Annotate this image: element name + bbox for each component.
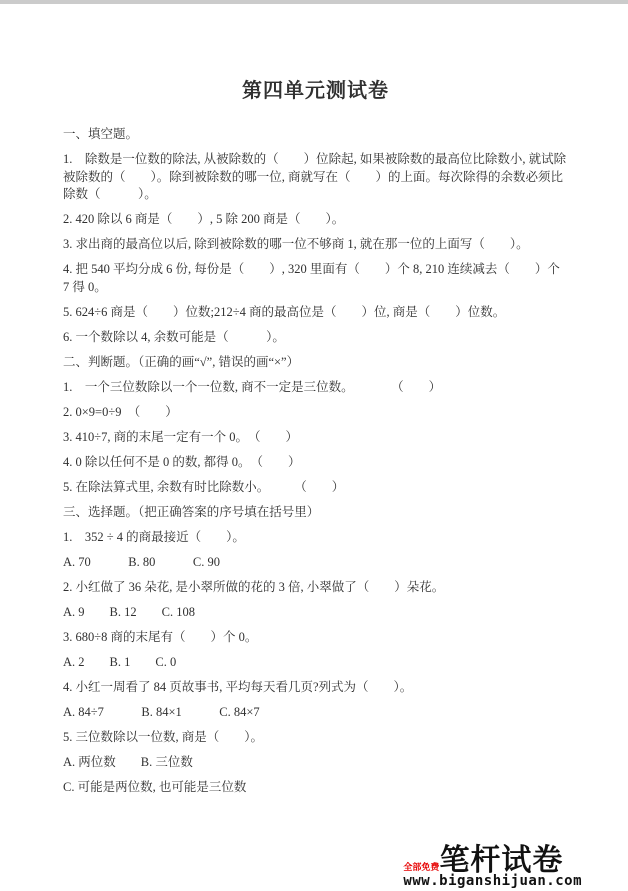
question-text: 4. 小红一周看了 84 页故事书, 平均每天看几页?列式为（ ）。 (63, 679, 568, 697)
question-text: 2. 0×9=0÷9 （ ） (63, 404, 568, 422)
question-text: 1. 一个三位数除以一个一位数, 商不一定是三位数。 （ ） (63, 379, 568, 397)
question-text: 6. 一个数除以 4, 余数可能是（ ）。 (63, 329, 568, 347)
question-text: 1. 除数是一位数的除法, 从被除数的（ ）位除起, 如果被除数的最高位比除数小… (63, 151, 568, 204)
section-heading: 二、判断题。（正确的画“√”, 错误的画“×”） (63, 354, 568, 372)
question-text: 5. 三位数除以一位数, 商是（ ）。 (63, 729, 568, 747)
section-fill-blanks: 一、填空题。 1. 除数是一位数的除法, 从被除数的（ ）位除起, 如果被除数的… (63, 126, 568, 346)
section-multiple-choice: 三、选择题。（把正确答案的序号填在括号里） 1. 352 ÷ 4 的商最接近（ … (63, 504, 568, 797)
test-paper-document: 第四单元测试卷 一、填空题。 1. 除数是一位数的除法, 从被除数的（ ）位除起… (0, 0, 628, 796)
question-text: 5. 在除法算式里, 余数有时比除数小。 （ ） (63, 479, 568, 497)
question-text: 4. 0 除以任何不是 0 的数, 都得 0。 （ ） (63, 454, 568, 472)
section-heading: 一、填空题。 (63, 126, 568, 144)
option-line: A. 84÷7 B. 84×1 C. 84×7 (63, 704, 568, 722)
page-top-border (0, 0, 628, 4)
question-text: 2. 小红做了 36 朵花, 是小翠所做的花的 3 倍, 小翠做了（ ）朵花。 (63, 579, 568, 597)
option-line: A. 9 B. 12 C. 108 (63, 604, 568, 622)
option-line: A. 两位数 B. 三位数 (63, 754, 568, 772)
option-line: C. 可能是两位数, 也可能是三位数 (63, 779, 568, 797)
question-text: 5. 624÷6 商是（ ）位数;212÷4 商的最高位是（ ）位, 商是（ ）… (63, 304, 568, 322)
option-line: A. 2 B. 1 C. 0 (63, 654, 568, 672)
watermark: 全部免费 笔杆试卷 www.biganshijuan.com (403, 846, 582, 889)
section-heading: 三、选择题。（把正确答案的序号填在括号里） (63, 504, 568, 522)
option-line: A. 70 B. 80 C. 90 (63, 554, 568, 572)
section-true-false: 二、判断题。（正确的画“√”, 错误的画“×”） 1. 一个三位数除以一个一位数… (63, 354, 568, 497)
watermark-url: www.biganshijuan.com (403, 873, 582, 889)
question-text: 3. 410÷7, 商的末尾一定有一个 0。 （ ） (63, 429, 568, 447)
question-text: 3. 680÷8 商的末尾有（ ）个 0。 (63, 629, 568, 647)
question-text: 3. 求出商的最高位以后, 除到被除数的哪一位不够商 1, 就在那一位的上面写（… (63, 236, 568, 254)
question-text: 2. 420 除以 6 商是（ ）, 5 除 200 商是（ ）。 (63, 211, 568, 229)
watermark-top-row: 全部免费 笔杆试卷 (403, 846, 582, 876)
watermark-brand: 笔杆试卷 (439, 846, 563, 876)
question-text: 1. 352 ÷ 4 的商最接近（ ）。 (63, 529, 568, 547)
question-text: 4. 把 540 平均分成 6 份, 每份是（ ）, 320 里面有（ ）个 8… (63, 261, 568, 296)
page-title: 第四单元测试卷 (63, 80, 568, 102)
